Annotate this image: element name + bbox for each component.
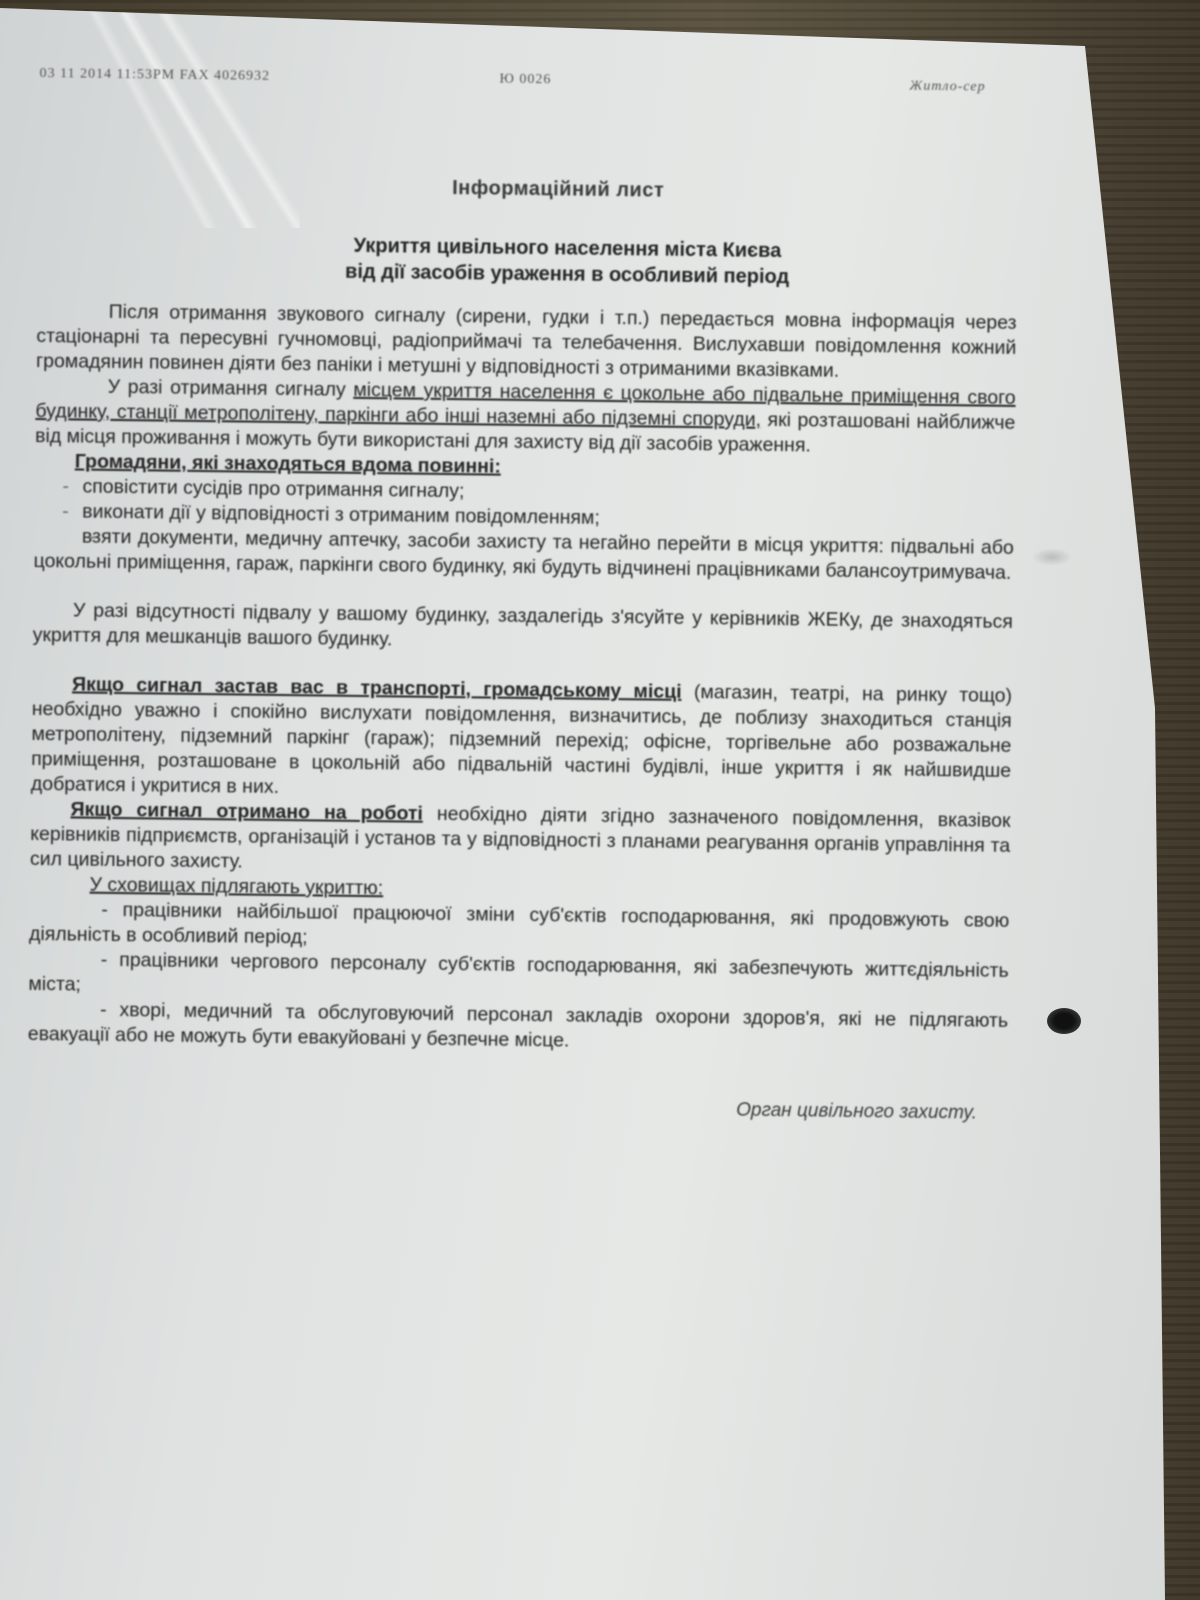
shelter-list-item: - хворі, медичний та обслуговуючий персо… [28,997,1009,1059]
title-line-2: від дії засобів ураження в особливий пер… [345,261,789,288]
fax-header-left: 03 11 2014 11:53PM FAX 4026932 [39,66,270,85]
punch-hole [1047,1008,1081,1034]
title-line-1: Укриття цивільного населення міста Києва [354,235,782,262]
paper-sheet: 03 11 2014 11:53PM FAX 4026932 Ю 0026 Жи… [0,8,1175,1600]
paragraph-transport: Якщо сигнал застав вас в транспорті, гро… [31,672,1012,809]
fax-header-page: Ю 0026 [499,72,551,89]
fax-header: 03 11 2014 11:53PM FAX 4026932 Ю 0026 Жи… [40,38,1020,90]
fax-header-right: Житло-сер [909,79,985,96]
p2-start: У разі отримання сигналу [108,376,354,401]
shelter-heading: У сховищах підлягають укриттю: [90,874,384,900]
document-type-heading: Інформаційний лист [38,172,1018,207]
p5-underlined: Якщо сигнал отримано на роботі [70,798,423,824]
home-heading: Громадяни, які знаходяться вдома повинні… [75,450,501,477]
paragraph-shelter-location: У разі отримання сигналу місцем укриття … [35,374,1016,461]
signature: Орган цивільного захисту. [27,1091,1007,1125]
paragraph-signal-info: Після отримання звукового сигналу (сирен… [36,299,1017,386]
punch-dent [1032,548,1072,566]
document-body: 03 11 2014 11:53PM FAX 4026932 Ю 0026 Жи… [27,38,1020,1125]
paragraph-work: Якщо сигнал отримано на роботі необхідно… [30,797,1011,884]
p4-underlined: Якщо сигнал застав вас в транспорті, гро… [72,673,682,702]
